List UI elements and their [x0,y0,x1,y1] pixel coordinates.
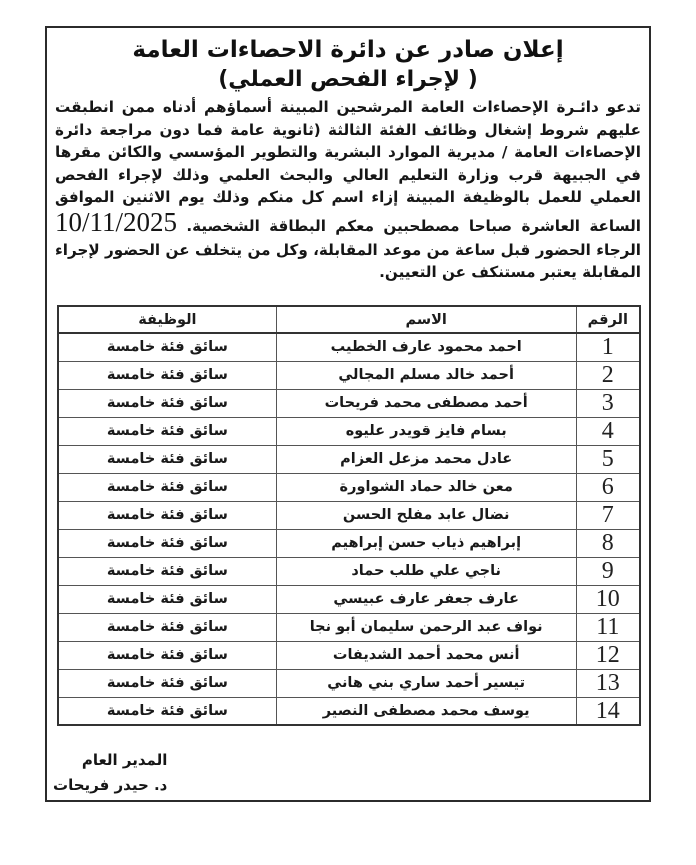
row-job: سائق فئة خامسة [58,669,276,697]
row-number: 11 [576,613,640,641]
row-job: سائق فئة خامسة [58,585,276,613]
row-job: سائق فئة خامسة [58,501,276,529]
header-number: الرقم [576,306,640,333]
body-line: تدعو دائـرة الإحصاءات العامة المرشحين ال… [55,96,641,119]
notice-line: المقابلة يعتبر مستنكف عن التعيين. [55,261,641,284]
row-name: بسام فايز قويدر عليوه [276,417,576,445]
row-number: 13 [576,669,640,697]
row-number: 12 [576,641,640,669]
row-number: 5 [576,445,640,473]
announcement-subtitle: ( لإجراء الفحص العملي) [47,66,649,94]
announcement-frame: إعلان صادر عن دائرة الاحصاءات العامة ( ل… [45,26,651,802]
row-name: نضال عابد مفلح الحسن [276,501,576,529]
table-row: 11 نواف عبد الرحمن سليمان أبو نجا سائق ف… [58,613,640,641]
table-row: 13 تيسير أحمد ساري بني هاني سائق فئة خام… [58,669,640,697]
row-job: سائق فئة خامسة [58,333,276,361]
table-row: 7 نضال عابد مفلح الحسن سائق فئة خامسة [58,501,640,529]
date-line: الساعة العاشرة صباحا مصطحبين معكم البطاق… [55,209,641,239]
notice-line: الرجاء الحضور قبل ساعة من موعد المقابلة،… [55,239,641,262]
row-job: سائق فئة خامسة [58,389,276,417]
table-row: 5 عادل محمد مزعل العزام سائق فئة خامسة [58,445,640,473]
table-row: 10 عارف جعفر عارف عبيسي سائق فئة خامسة [58,585,640,613]
row-number: 4 [576,417,640,445]
row-number: 8 [576,529,640,557]
row-name: أنس محمد أحمد الشديفات [276,641,576,669]
row-name: نواف عبد الرحمن سليمان أبو نجا [276,613,576,641]
date-line-text: الساعة العاشرة صباحا مصطحبين معكم البطاق… [186,217,641,235]
announcement-body: تدعو دائـرة الإحصاءات العامة المرشحين ال… [55,96,641,284]
row-name: أحمد مصطفى محمد فريحات [276,389,576,417]
body-line: في الجبيهة قرب وزارة التعليم العالي والب… [55,164,641,187]
row-number: 14 [576,697,640,725]
row-job: سائق فئة خامسة [58,445,276,473]
table-row: 9 ناجي علي طلب حماد سائق فئة خامسة [58,557,640,585]
row-name: احمد محمود عارف الخطيب [276,333,576,361]
announcement-title: إعلان صادر عن دائرة الاحصاءات العامة [47,36,649,64]
signature-position: المدير العام [53,748,167,773]
row-number: 1 [576,333,640,361]
row-name: عارف جعفر عارف عبيسي [276,585,576,613]
header-name: الاسم [276,306,576,333]
table-row: 12 أنس محمد أحمد الشديفات سائق فئة خامسة [58,641,640,669]
row-job: سائق فئة خامسة [58,613,276,641]
row-job: سائق فئة خامسة [58,529,276,557]
row-name: أحمد خالد مسلم المجالي [276,361,576,389]
table-row: 8 إبراهيم ذياب حسن إبراهيم سائق فئة خامس… [58,529,640,557]
header-job: الوظيفة [58,306,276,333]
row-number: 2 [576,361,640,389]
row-job: سائق فئة خامسة [58,557,276,585]
table-row: 6 معن خالد حماد الشواورة سائق فئة خامسة [58,473,640,501]
table-row: 2 أحمد خالد مسلم المجالي سائق فئة خامسة [58,361,640,389]
row-name: تيسير أحمد ساري بني هاني [276,669,576,697]
signature-block: المدير العام د. حيدر فريحات [53,748,167,798]
table-row: 1 احمد محمود عارف الخطيب سائق فئة خامسة [58,333,640,361]
row-job: سائق فئة خامسة [58,417,276,445]
candidates-table: الرقم الاسم الوظيفة 1 احمد محمود عارف ال… [57,305,641,726]
row-name: إبراهيم ذياب حسن إبراهيم [276,529,576,557]
row-name: ناجي علي طلب حماد [276,557,576,585]
row-number: 7 [576,501,640,529]
body-line: الإحصاءات العامة / مديرية الموارد البشري… [55,141,641,164]
appointment-date: 10/11/2025 [55,207,177,237]
row-job: سائق فئة خامسة [58,473,276,501]
table-row: 4 بسام فايز قويدر عليوه سائق فئة خامسة [58,417,640,445]
table-row: 14 يوسف محمد مصطفى النصير سائق فئة خامسة [58,697,640,725]
body-line: عليهم شروط إشغال وظائف الفئة الثالثة (ثا… [55,119,641,142]
row-job: سائق فئة خامسة [58,361,276,389]
row-number: 6 [576,473,640,501]
table-row: 3 أحمد مصطفى محمد فريحات سائق فئة خامسة [58,389,640,417]
row-name: يوسف محمد مصطفى النصير [276,697,576,725]
row-name: عادل محمد مزعل العزام [276,445,576,473]
row-name: معن خالد حماد الشواورة [276,473,576,501]
row-job: سائق فئة خامسة [58,697,276,725]
row-job: سائق فئة خامسة [58,641,276,669]
signature-name: د. حيدر فريحات [53,773,167,798]
row-number: 9 [576,557,640,585]
body-line: العملي للعمل بالوظيفة المبينة إزاء اسم ك… [55,186,641,209]
table-header-row: الرقم الاسم الوظيفة [58,306,640,333]
row-number: 3 [576,389,640,417]
row-number: 10 [576,585,640,613]
